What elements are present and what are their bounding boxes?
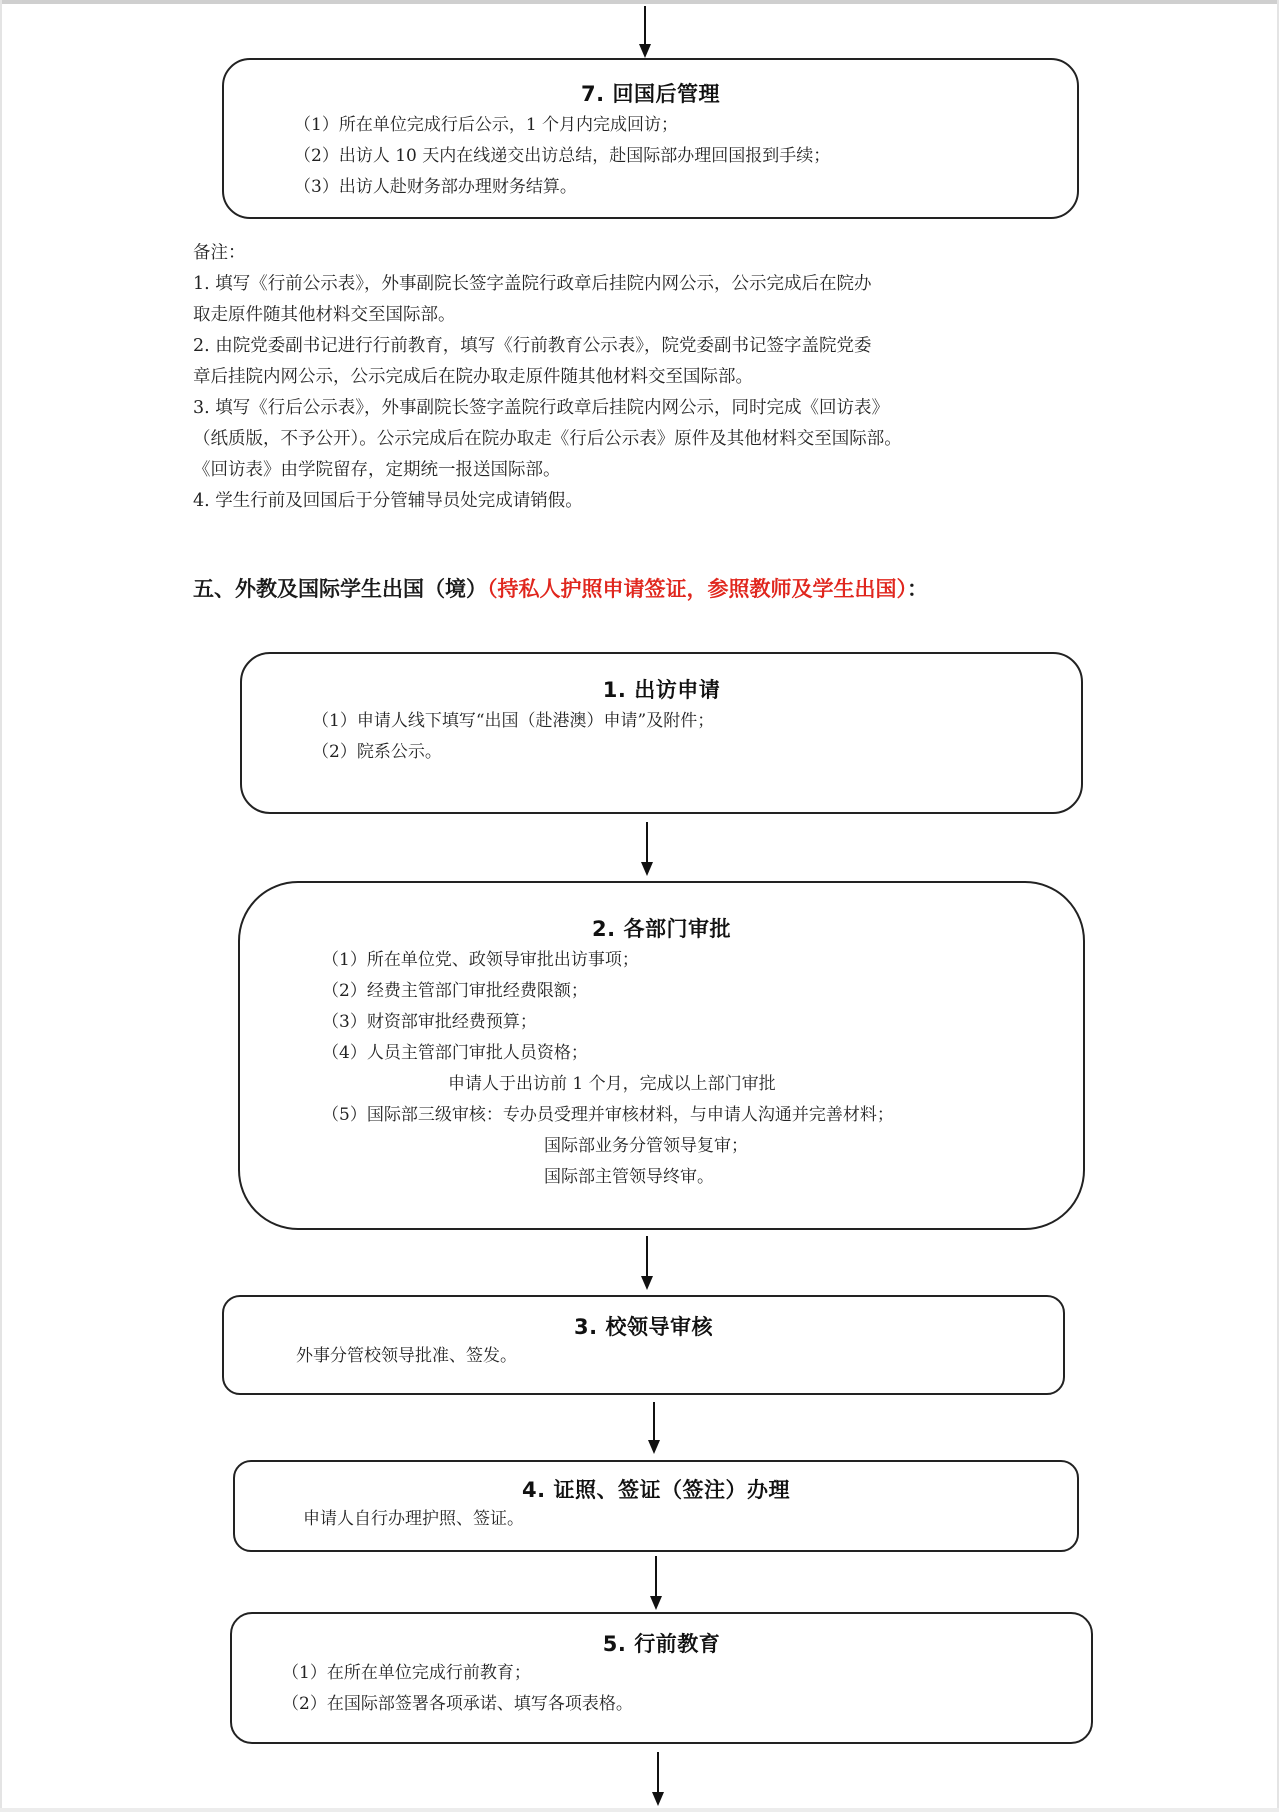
section5-heading-note: （持私人护照申请签证，参照教师及学生出国） <box>487 577 907 601</box>
notes-label: 备注： <box>193 238 1093 269</box>
flow-step2-center-note: 申请人于出访前 1 个月，完成以上部门审批 <box>322 1069 1083 1100</box>
step7-line-1: （1）所在单位完成行后公示，1 个月内完成回访； <box>294 110 1077 141</box>
arrow-down-icon <box>655 1556 657 1598</box>
flow-step2-line-4: （4）人员主管部门审批人员资格； <box>322 1038 1083 1069</box>
flow-step3-title: 3. 校领导审核 <box>224 1311 1063 1341</box>
flow-step1-box: 1. 出访申请 （1）申请人线下填写“出国（赴港澳）申请”及附件； （2）院系公… <box>240 652 1083 814</box>
flow-step4-title: 4. 证照、签证（签注）办理 <box>235 1474 1077 1504</box>
flow-step1-line-2: （2）院系公示。 <box>312 737 1081 768</box>
note-line-5: 3. 填写《行后公示表》，外事副院长签字盖院行政章后挂院内网公示，同时完成《回访… <box>193 393 1093 424</box>
flow-step5-line-1: （1）在所在单位完成行前教育； <box>282 1658 1091 1689</box>
flow-step2-line-3: （3）财资部审批经费预算； <box>322 1007 1083 1038</box>
flow-step2-subline-1: 国际部业务分管领导复审； <box>322 1131 1083 1162</box>
flow-step2-line-1: （1）所在单位党、政领导审批出访事项； <box>322 945 1083 976</box>
flow-step5-line-2: （2）在国际部签署各项承诺、填写各项表格。 <box>282 1689 1091 1720</box>
page-top-edge <box>0 0 1279 4</box>
step7-title: 7. 回国后管理 <box>224 78 1077 108</box>
step7-line-3: （3）出访人赴财务部办理财务结算。 <box>294 172 1077 203</box>
arrow-down-icon <box>644 6 646 46</box>
flow-step2-line-5: （5）国际部三级审核：专办员受理并审核材料，与申请人沟通并完善材料； <box>322 1100 1083 1131</box>
note-line-6: （纸质版，不予公开）。公示完成后在院办取走《行后公示表》原件及其他材料交至国际部… <box>193 424 1093 455</box>
section5-heading: 五、外教及国际学生出国（境）（持私人护照申请签证，参照教师及学生出国）： <box>193 573 928 603</box>
flow-step2-title: 2. 各部门审批 <box>240 913 1083 943</box>
flow-step4-line-1: 申请人自行办理护照、签证。 <box>303 1504 1077 1535</box>
flow-step2-line-2: （2）经费主管部门审批经费限额； <box>322 976 1083 1007</box>
step7-box: 7. 回国后管理 （1）所在单位完成行后公示，1 个月内完成回访； （2）出访人… <box>222 58 1079 219</box>
note-line-4: 章后挂院内网公示，公示完成后在院办取走原件随其他材料交至国际部。 <box>193 362 1093 393</box>
section5-heading-main: 五、外教及国际学生出国（境） <box>193 577 487 601</box>
section5-heading-suffix: ： <box>907 577 928 601</box>
arrow-down-icon <box>646 822 648 864</box>
note-line-1: 1. 填写《行前公示表》，外事副院长签字盖院行政章后挂院内网公示，公示完成后在院… <box>193 269 1093 300</box>
page-left-edge <box>0 0 2 1812</box>
step7-line-2: （2）出访人 10 天内在线递交出访总结，赴国际部办理回国报到手续； <box>294 141 1077 172</box>
flow-step2-subline-2: 国际部主管领导终审。 <box>322 1162 1083 1193</box>
note-line-8: 4. 学生行前及回国后于分管辅导员处完成请销假。 <box>193 486 1093 517</box>
flow-step5-box: 5. 行前教育 （1）在所在单位完成行前教育； （2）在国际部签署各项承诺、填写… <box>230 1612 1093 1744</box>
flow-step4-box: 4. 证照、签证（签注）办理 申请人自行办理护照、签证。 <box>233 1460 1079 1552</box>
arrow-down-icon <box>653 1402 655 1442</box>
note-line-3: 2. 由院党委副书记进行行前教育，填写《行前教育公示表》，院党委副书记签字盖院党… <box>193 331 1093 362</box>
note-line-7: 《回访表》由学院留存，定期统一报送国际部。 <box>193 455 1093 486</box>
page-bottom-edge <box>0 1808 1279 1812</box>
flow-step1-title: 1. 出访申请 <box>242 674 1081 704</box>
flow-step3-box: 3. 校领导审核 外事分管校领导批准、签发。 <box>222 1295 1065 1395</box>
flow-step3-line-1: 外事分管校领导批准、签发。 <box>296 1341 1063 1372</box>
flow-step2-box: 2. 各部门审批 （1）所在单位党、政领导审批出访事项； （2）经费主管部门审批… <box>238 881 1085 1230</box>
notes-section: 备注： 1. 填写《行前公示表》，外事副院长签字盖院行政章后挂院内网公示，公示完… <box>193 238 1093 517</box>
arrow-down-icon <box>657 1752 659 1794</box>
flow-step5-title: 5. 行前教育 <box>232 1628 1091 1658</box>
note-line-2: 取走原件随其他材料交至国际部。 <box>193 300 1093 331</box>
arrow-down-icon <box>646 1236 648 1278</box>
flow-step1-line-1: （1）申请人线下填写“出国（赴港澳）申请”及附件； <box>312 706 1081 737</box>
